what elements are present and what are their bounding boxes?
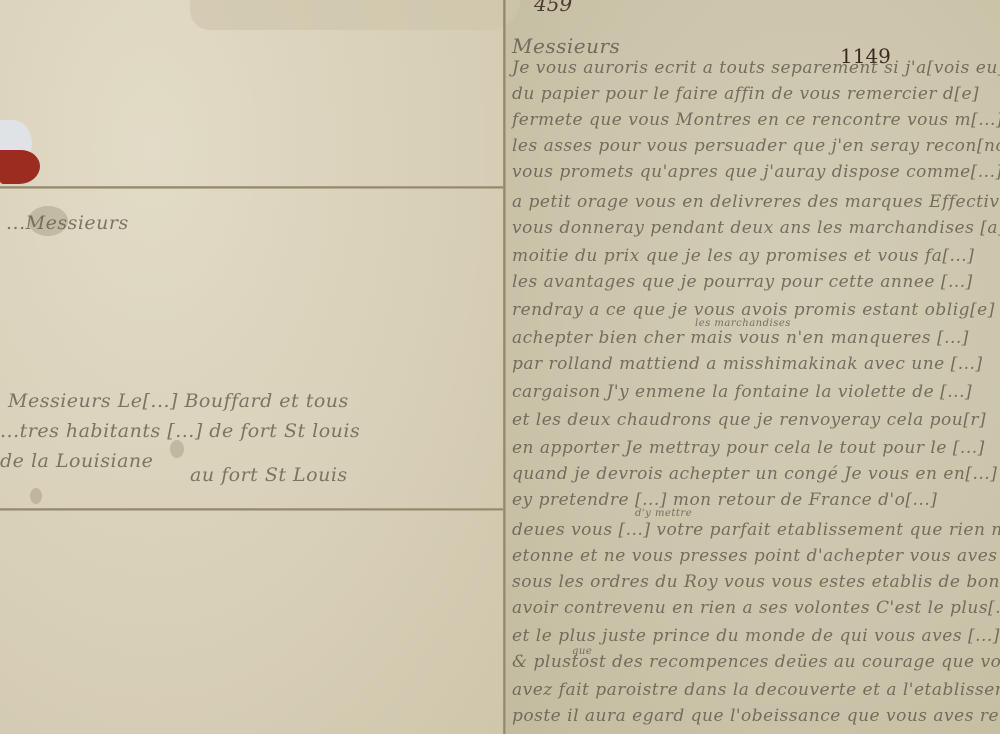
- letter-line: etonne et ne vous presses point d'achept…: [512, 546, 1000, 566]
- letter-line: Je vous auroris ecrit a touts separement…: [512, 58, 1000, 78]
- page-number: 459: [534, 0, 572, 16]
- address-line-4: au fort St Louis: [190, 464, 348, 486]
- water-stain: [190, 0, 520, 30]
- letter-line: vous promets qu'apres que j'auray dispos…: [512, 162, 1000, 182]
- interlinear-insertion: d'y mettre: [635, 508, 692, 519]
- address-line-3: de la Louisiane: [0, 450, 153, 472]
- salutation: Messieurs: [512, 34, 620, 58]
- letter-line: deues vous [...] votre parfait etablisse…: [512, 520, 1000, 540]
- letter-line: les avantages que je pourray pour cette …: [512, 272, 973, 292]
- letter-line: avoir contrevenu en rien a ses volontes …: [512, 598, 1000, 618]
- horizontal-fold-line-lower: [0, 508, 503, 511]
- letter-line: fermete que vous Montres en ce rencontre…: [512, 110, 1000, 130]
- vertical-fold-line: [503, 0, 506, 734]
- letter-line: les asses pour vous persuader que j'en s…: [512, 136, 1000, 156]
- letter-line: & plustost des recompences deües au cour…: [512, 652, 1000, 672]
- letter-line: ey pretendre [...] mon retour de France …: [512, 490, 937, 510]
- address-fragment: ...Messieurs: [6, 212, 129, 234]
- letter-line: rendray a ce que je vous avois promis es…: [512, 300, 995, 320]
- letter-line: moitie du prix que je les ay promises et…: [512, 246, 974, 266]
- letter-line: avez fait paroistre dans la decouverte e…: [512, 680, 1000, 700]
- letter-line: poste il aura egard que l'obeissance que…: [512, 706, 1000, 726]
- stain: [170, 440, 184, 458]
- address-line-1: Messieurs Le[...] Bouffard et tous: [8, 390, 349, 412]
- letter-line: et le plus juste prince du monde de qui …: [512, 626, 1000, 646]
- letter-line: en apporter Je mettray pour cela le tout…: [512, 438, 985, 458]
- address-line-2: ...tres habitants [...] de fort St louis: [0, 420, 360, 442]
- letter-line: vous donneray pendant deux ans les march…: [512, 218, 1000, 238]
- letter-line: par rolland mattiend a misshimakinak ave…: [512, 354, 983, 374]
- manuscript-sheet: ...Messieurs Messieurs Le[...] Bouffard …: [0, 0, 1000, 734]
- letter-line: cargaison J'y enmene la fontaine la viol…: [512, 382, 972, 402]
- letter-line: quand je devrois achepter un congé Je vo…: [512, 464, 997, 484]
- address-panel: [0, 0, 505, 734]
- letter-line: sous les ordres du Roy vous vous estes e…: [512, 572, 1000, 592]
- horizontal-fold-line-upper: [0, 186, 503, 189]
- letter-line: achepter bien cher mais vous n'en manque…: [512, 328, 969, 348]
- letter-line: et les deux chaudrons que je renvoyeray …: [512, 410, 986, 430]
- stain: [30, 488, 42, 504]
- wax-seal-icon: [0, 112, 42, 190]
- letter-line: du papier pour le faire affin de vous re…: [512, 84, 979, 104]
- letter-line: a petit orage vous en delivreres des mar…: [512, 192, 1000, 212]
